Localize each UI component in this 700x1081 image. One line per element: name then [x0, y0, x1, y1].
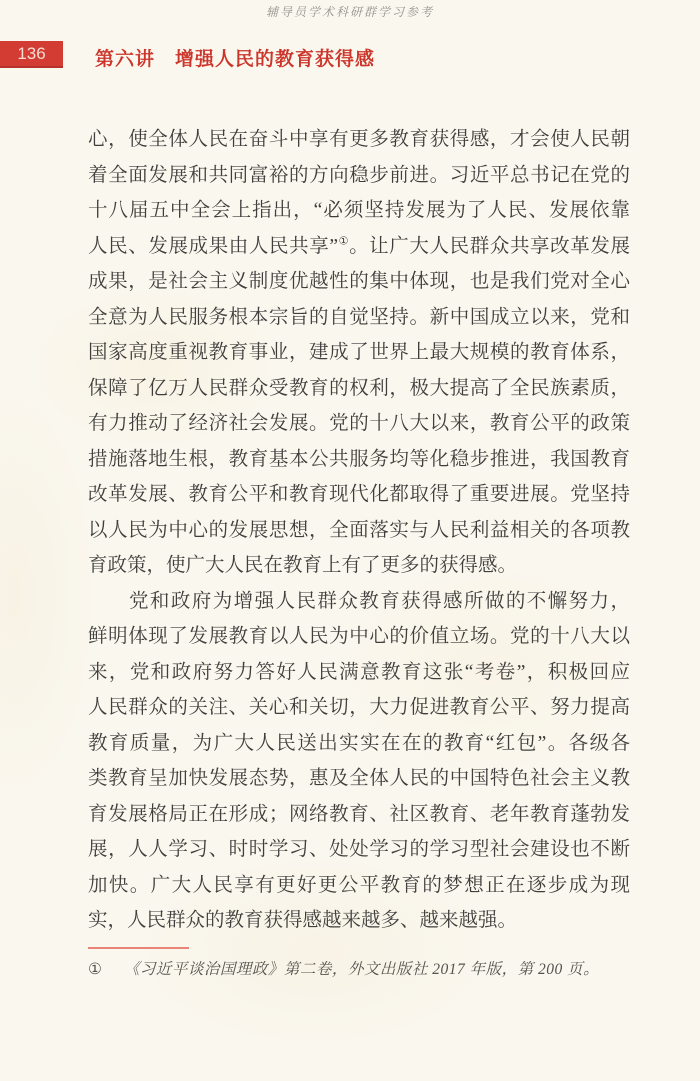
- text-line: 鲜明体现了发展教育以人民为中心的价值立场。党的十八大以: [88, 619, 630, 655]
- text-line: 国家高度重视教育事业，建成了世界上最大规模的教育体系，: [88, 335, 630, 371]
- text-line: 全意为人民服务根本宗旨的自觉坚持。新中国成立以来，党和: [88, 300, 630, 336]
- footnote-separator: [88, 947, 189, 949]
- text-line: 育发展格局正在形成；网络教育、社区教育、老年教育蓬勃发: [88, 797, 630, 833]
- text-line: 措施落地生根，教育基本公共服务均等化稳步推进，我国教育: [88, 442, 630, 478]
- text-line: 教育质量，为广大人民送出实实在在的教育“红包”。各级各: [88, 726, 630, 762]
- chapter-title: 第六讲 增强人民的教育获得感: [95, 44, 375, 71]
- text-line: 来，党和政府努力答好人民满意教育这张“考卷”，积极回应: [88, 655, 630, 691]
- text-line: 展，人人学习、时时学习、处处学习的学习型社会建设也不断: [88, 832, 630, 868]
- text-line: 有力推动了经济社会发展。党的十八大以来，教育公平的政策: [88, 406, 630, 442]
- text-line: 人民、发展成果由人民共享”①。让广大人民群众共享改革发展: [88, 229, 630, 265]
- footnote-text: 《习近平谈治国理政》第二卷，外文出版社 2017 年版，第 200 页。: [124, 958, 599, 982]
- text-segment: 人民、发展成果由人民共享”: [88, 236, 338, 257]
- text-line: 十八届五中全会上指出，“必须坚持发展为了人民、发展依靠: [88, 193, 630, 229]
- text-line: 着全面发展和共同富裕的方向稳步前进。习近平总书记在党的: [88, 158, 630, 194]
- text-line: 成果，是社会主义制度优越性的集中体现，也是我们党对全心: [88, 264, 630, 300]
- running-head: 辅导员学术科研群学习参考: [0, 3, 700, 20]
- text-line: 以人民为中心的发展思想，全面落实与人民利益相关的各项教: [88, 513, 630, 549]
- footnote: ① 《习近平谈治国理政》第二卷，外文出版社 2017 年版，第 200 页。: [88, 958, 633, 982]
- text-line: 保障了亿万人民群众受教育的权利，极大提高了全民族素质，: [88, 371, 630, 407]
- body-text: 心，使全体人民在奋斗中享有更多教育获得感，才会使人民朝着全面发展和共同富裕的方向…: [88, 122, 630, 939]
- text-line: 加快。广大人民享有更好更公平教育的梦想正在逐步成为现: [88, 868, 630, 904]
- text-segment: 。让广大人民群众共享改革发展: [349, 236, 630, 257]
- text-line: 人民群众的关注、关心和关切，大力促进教育公平、努力提高: [88, 690, 630, 726]
- footnote-reference: ①: [338, 235, 349, 247]
- text-line: 心，使全体人民在奋斗中享有更多教育获得感，才会使人民朝: [88, 122, 630, 158]
- page-number: 136: [17, 44, 45, 64]
- text-line: 改革发展、教育公平和教育现代化都取得了重要进展。党坚持: [88, 477, 630, 513]
- page-number-badge: 136: [0, 41, 63, 68]
- text-line: 育政策，使广大人民在教育上有了更多的获得感。: [88, 548, 630, 584]
- text-line: 实，人民群众的教育获得感越来越多、越来越强。: [88, 903, 630, 939]
- text-line: 类教育呈加快发展态势，惠及全体人民的中国特色社会主义教: [88, 761, 630, 797]
- text-line: 党和政府为增强人民群众教育获得感所做的不懈努力，: [88, 584, 630, 620]
- footnote-marker: ①: [88, 958, 102, 982]
- book-page: 辅导员学术科研群学习参考 136 第六讲 增强人民的教育获得感 心，使全体人民在…: [0, 0, 700, 1081]
